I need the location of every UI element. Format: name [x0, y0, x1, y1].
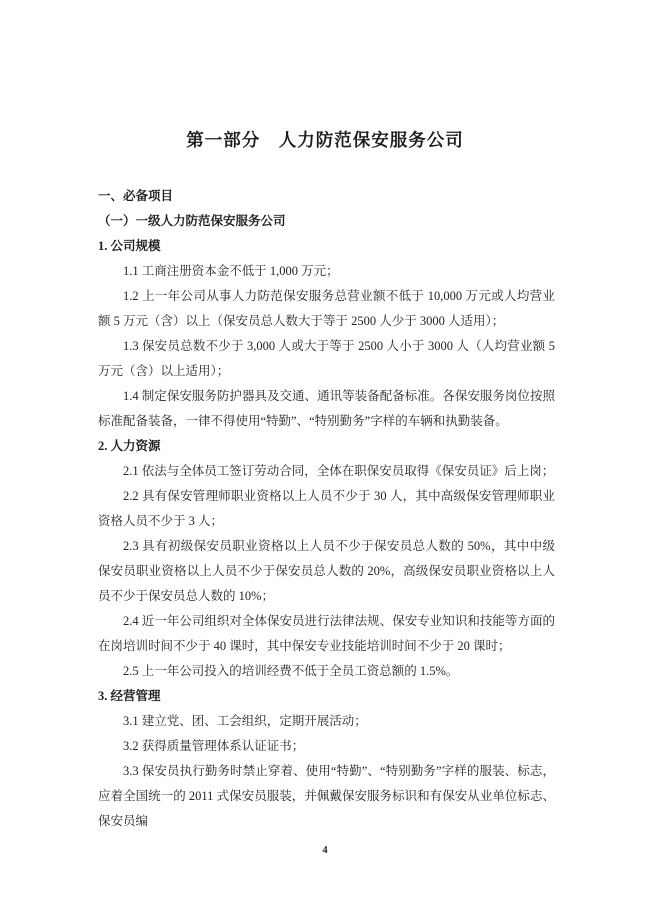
heading-operation-management: 3. 经营管理 [98, 684, 555, 709]
paragraph-2-1: 2.1 依法与全体员工签订劳动合同，全体在职保安员取得《保安员证》后上岗； [98, 459, 555, 484]
paragraph-1-4: 1.4 制定保安服务防护器具及交通、通讯等装备配备标准。各保安服务岗位按照标准配… [98, 384, 555, 434]
paragraph-2-2: 2.2 具有保安管理师职业资格以上人员不少于 30 人，其中高级保安管理师职业资… [98, 484, 555, 534]
document-body: 一、必备项目 （一）一级人力防范保安服务公司 1. 公司规模 1.1 工商注册资… [0, 184, 650, 834]
paragraph-2-3: 2.3 具有初级保安员职业资格以上人员不少于保安员总人数的 50%，其中中级保安… [98, 534, 555, 609]
paragraph-1-3: 1.3 保安员总数不少于 3,000 人或大于等于 2500 人小于 3000 … [98, 334, 555, 384]
heading-required-items: 一、必备项目 [98, 184, 555, 209]
paragraph-1-1: 1.1 工商注册资本金不低于 1,000 万元； [98, 259, 555, 284]
paragraph-3-1: 3.1 建立党、团、工会组织，定期开展活动； [98, 709, 555, 734]
page-title: 第一部分 人力防范保安服务公司 [0, 126, 650, 154]
paragraph-3-3: 3.3 保安员执行勤务时禁止穿着、使用“特勤”、“特别勤务”字样的服装、标志，应… [98, 759, 555, 834]
paragraph-3-2: 3.2 获得质量管理体系认证证书； [98, 734, 555, 759]
paragraph-2-4: 2.4 近一年公司组织对全体保安员进行法律法规、保安专业知识和技能等方面的在岗培… [98, 609, 555, 659]
page-number: 4 [0, 845, 650, 856]
document-page: 第一部分 人力防范保安服务公司 一、必备项目 （一）一级人力防范保安服务公司 1… [0, 0, 650, 919]
heading-level1-security-company: （一）一级人力防范保安服务公司 [98, 209, 555, 234]
paragraph-2-5: 2.5 上一年公司投入的培训经费不低于全员工资总额的 1.5%。 [98, 659, 555, 684]
heading-company-scale: 1. 公司规模 [98, 234, 555, 259]
paragraph-1-2: 1.2 上一年公司从事人力防范保安服务总营业额不低于 10,000 万元或人均营… [98, 284, 555, 334]
heading-human-resources: 2. 人力资源 [98, 434, 555, 459]
